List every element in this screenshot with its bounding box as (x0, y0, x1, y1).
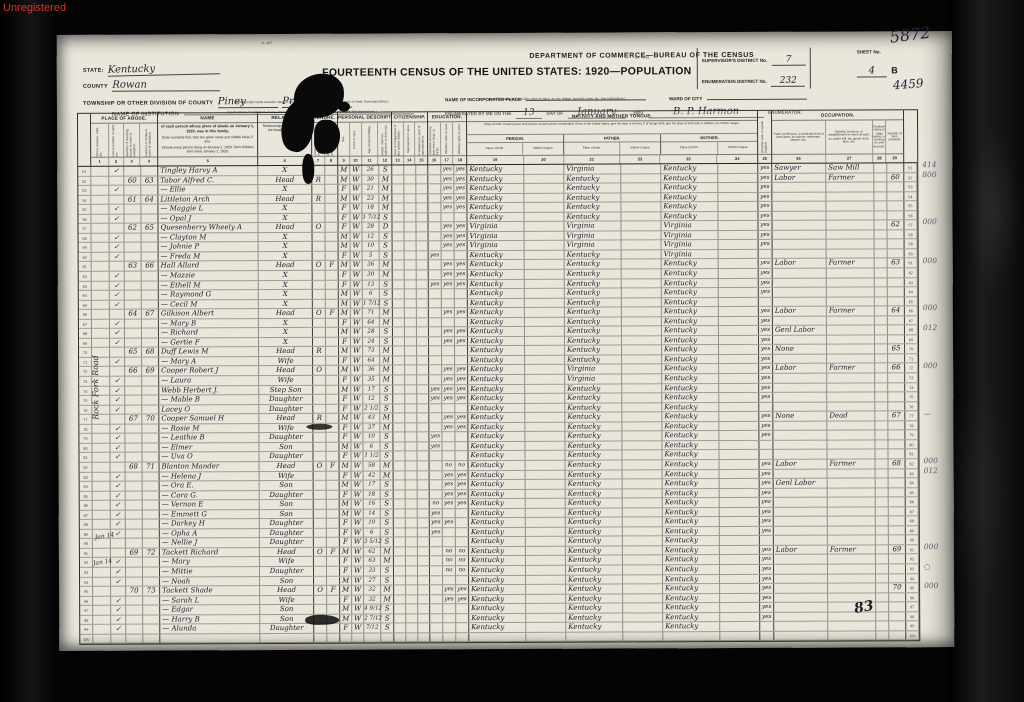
cell-name: — Cecil M (159, 300, 259, 309)
cell-age: 36 (363, 261, 380, 270)
cell-fs (889, 622, 906, 631)
cell-oc (773, 355, 827, 364)
cell-emp (874, 192, 887, 201)
cell-emp (876, 536, 889, 545)
cell-wr: yes (455, 327, 468, 336)
cell-fs (888, 440, 905, 449)
cell-c13 (393, 347, 405, 356)
cell-rn: 85 (906, 488, 919, 497)
cell-ln: 79 (79, 434, 92, 443)
cell-age: 35 (363, 376, 380, 385)
cell-fb: Kentucky (566, 546, 623, 555)
cell-c13 (394, 519, 406, 528)
cell-rd: yes (443, 499, 456, 508)
cell-c13 (394, 480, 406, 489)
header-group-speak-english: Whether able to speak English.25 (758, 111, 772, 163)
cell-fb: Kentucky (565, 308, 622, 317)
cell-fmt (623, 565, 663, 574)
cell-ind (827, 278, 875, 287)
cell-fm (326, 252, 339, 261)
cell-pob: Kentucky (469, 509, 526, 518)
header-group-name: NAMEof each person whose place of abode … (158, 113, 258, 165)
cell-emp (875, 392, 888, 401)
cell-ln: 89 (80, 530, 93, 539)
cell-fb: Kentucky (565, 336, 622, 345)
cell-mmt (719, 422, 759, 431)
cell-tick: ✓ (110, 339, 125, 348)
cell-fam (143, 472, 160, 481)
cell-wr: yes (455, 242, 468, 251)
state-label: STATE: (83, 68, 104, 74)
cell-st (92, 424, 110, 433)
cell-mmt (718, 221, 758, 230)
cell-rd: yes (443, 471, 456, 480)
cell-en: yes (759, 307, 773, 316)
cell-fam (143, 491, 160, 500)
cell-fs: 66 (888, 364, 905, 373)
county-label: COUNTY (83, 84, 108, 90)
cell-rd: yes (442, 232, 455, 241)
cell-ln: 65 (79, 300, 92, 309)
cell-wr: yes (455, 232, 468, 241)
cell-pob: Kentucky (468, 260, 525, 269)
cell-age: 2 1/2 (363, 404, 380, 413)
cell-c14 (405, 452, 417, 461)
cell-rel: Son (260, 500, 314, 509)
cell-sch (430, 490, 443, 499)
cell-sex: M (339, 347, 351, 356)
cell-fam: 71 (143, 462, 160, 471)
cell-mar: M (381, 471, 394, 480)
table-body: 51✓Tingley Harvy AXMW26SyesyesKentuckyVi… (78, 163, 919, 644)
cell-en: yes (759, 288, 773, 297)
cell-fam (143, 577, 160, 586)
cell-rel: Head (258, 194, 312, 203)
cell-c14 (406, 624, 418, 633)
cell-emp (875, 402, 888, 411)
cell-en: yes (760, 613, 774, 622)
cell-mmt (719, 412, 759, 421)
column-number: 20 (524, 156, 564, 164)
cell-sex: F (340, 490, 352, 499)
cell-fmt (622, 269, 662, 278)
cell-age: 24 (363, 337, 380, 346)
cell-fam (142, 377, 159, 386)
cell-ten (314, 634, 327, 643)
cell-fmt (623, 623, 663, 632)
personal-description-label: Age at last birthday. (368, 125, 372, 153)
cell-emp (876, 517, 889, 526)
cell-en: yes (759, 364, 773, 373)
cell-age: 13 (363, 280, 380, 289)
cell-mt (525, 337, 565, 346)
cell-emp (875, 440, 888, 449)
cell-ten (313, 376, 326, 385)
cell-tick: ✓ (109, 214, 124, 223)
cell-co: W (352, 576, 364, 585)
cell-sex: M (340, 481, 352, 490)
cell-dw (126, 615, 143, 624)
cell-mb: Kentucky (662, 288, 719, 297)
cell-pob: Kentucky (469, 528, 526, 537)
cell-name: — Edgar (160, 605, 260, 614)
cell-ind (826, 211, 874, 220)
cell-sex: M (339, 309, 351, 318)
cell-fam: 69 (142, 367, 159, 376)
cell-en: yes (760, 517, 774, 526)
cell-fam: 65 (141, 224, 158, 233)
cell-st (91, 176, 109, 185)
cell-mar: M (380, 414, 393, 423)
cell-name: — Laura (159, 376, 259, 385)
cell-rd: yes (442, 366, 455, 375)
cell-mmt (719, 450, 759, 459)
cell-ind: Dead (827, 412, 875, 421)
cell-rd: yes (442, 242, 455, 251)
cell-mar: M (381, 595, 394, 604)
mt-label: Mother tongue. (727, 146, 749, 149)
cell-age: 12 (363, 395, 380, 404)
cell-tick (111, 634, 126, 643)
cell-co: W (351, 328, 363, 337)
cell-c13 (393, 414, 405, 423)
cell-ten (312, 204, 325, 213)
cell-c15 (417, 433, 429, 442)
cell-fm (326, 376, 339, 385)
citizenship-label: Year of immigration to the United States… (394, 122, 401, 155)
cell-mar: S (381, 538, 394, 547)
cell-mt (525, 356, 565, 365)
cell-c15 (417, 366, 429, 375)
citizenship-title: CITIZENSHIP. (392, 112, 427, 122)
cell-mb: Kentucky (663, 584, 720, 593)
cell-en: yes (759, 326, 773, 335)
cell-rd (443, 528, 456, 537)
cell-name: Cooper Robert J (159, 367, 259, 376)
cell-mb: Kentucky (662, 307, 719, 316)
cell-emp (875, 450, 888, 459)
cell-dw (125, 253, 142, 262)
cell-mt (526, 489, 566, 498)
cell-sch (428, 203, 441, 212)
name-desc-1: of each person whose place of abode on J… (158, 123, 257, 135)
cell-mb: Kentucky (663, 527, 720, 536)
cell-name: — Elmer (159, 443, 259, 452)
cell-c14 (406, 480, 418, 489)
header-group-line-number-spacer-left (78, 114, 91, 166)
scan-right-border (948, 0, 1024, 702)
cell-co: W (351, 404, 363, 413)
cell-mb: Kentucky (663, 498, 720, 507)
cell-dw: 68 (126, 463, 143, 472)
cell-mt (524, 165, 564, 174)
cell-dw (125, 405, 142, 414)
cell-pob: Virginia (467, 222, 524, 231)
cell-c14 (404, 165, 416, 174)
cell-rel: X (259, 280, 313, 289)
cell-sch (430, 585, 443, 594)
person-mt-label-cell: Mother tongue. (524, 143, 564, 155)
cell-ten: R (313, 414, 326, 423)
cell-c14 (404, 213, 416, 222)
citizenship-label: If naturalized, year of naturalization. (418, 122, 425, 155)
cell-pob: Kentucky (468, 442, 525, 451)
cell-rd (442, 347, 455, 356)
cell-emp (876, 583, 889, 592)
cell-emp (875, 316, 888, 325)
cell-mmt (720, 546, 760, 555)
cell-fmt (622, 432, 662, 441)
cell-sex: M (340, 605, 352, 614)
cell-oc (773, 450, 827, 459)
cell-ind (827, 316, 875, 325)
cell-pob: Kentucky (467, 203, 524, 212)
cell-c13 (393, 299, 405, 308)
cell-co: W (351, 385, 363, 394)
cell-mb: Kentucky (661, 193, 718, 202)
cell-fb: Virginia (565, 365, 622, 374)
cell-ten (313, 404, 326, 413)
cell-oc (774, 593, 828, 602)
cell-wr: yes (456, 585, 469, 594)
cell-mt (526, 461, 566, 470)
cell-c15 (417, 289, 429, 298)
cell-fs (889, 564, 906, 573)
cell-mmt (720, 603, 760, 612)
cell-tick: ✓ (109, 167, 124, 176)
cell-emp (875, 354, 888, 363)
cell-fs: 70 (889, 583, 906, 592)
cell-mmt (719, 307, 759, 316)
cell-st (91, 195, 109, 204)
cell-mmt (720, 527, 760, 536)
cell-co: W (351, 252, 363, 261)
cell-fs (888, 450, 905, 459)
cell-pob: Kentucky (469, 518, 526, 527)
nativity-mother: MOTHER.Place of birth.Mother tongue. (661, 134, 758, 154)
cell-mt (525, 232, 565, 241)
header-group-occupation: OCCUPATION.Trade, profession, or particu… (772, 110, 904, 163)
cell-fam: 63 (141, 176, 158, 185)
cell-name: — Helena J (160, 472, 260, 481)
supervisor-value: 7 (772, 55, 806, 66)
cell-rel: Head (259, 347, 313, 356)
cell-dw: 70 (126, 587, 143, 596)
cell-fm (327, 595, 340, 604)
cell-ind (827, 373, 875, 382)
cell-mt (526, 537, 566, 546)
cell-en: yes (760, 508, 774, 517)
cell-age: 71 (363, 309, 380, 318)
place-of-abode-label: Number of family in order of visitation. (145, 124, 152, 157)
cell-c15 (416, 223, 428, 232)
cell-mmt (719, 288, 759, 297)
cell-fm: F (327, 462, 340, 471)
cell-en: yes (760, 584, 774, 593)
cell-mmt (719, 336, 759, 345)
cell-dw: 67 (125, 415, 142, 424)
column-number: 12 (378, 156, 391, 164)
cell-rd (442, 442, 455, 451)
cell-pob: Kentucky (469, 614, 526, 623)
cell-co (352, 633, 364, 642)
cell-fam (143, 596, 160, 605)
cell-wr (455, 452, 468, 461)
cell-mmt (719, 393, 759, 402)
cell-sch (429, 423, 442, 432)
cell-mb: Kentucky (661, 174, 718, 183)
cell-fm (326, 347, 339, 356)
cell-sch (429, 413, 442, 422)
cell-mb: Kentucky (663, 555, 720, 564)
cell-fmt (622, 365, 662, 374)
cell-mmt (720, 469, 760, 478)
cell-name (160, 634, 260, 643)
cell-en (760, 536, 774, 545)
cell-rel: X (259, 290, 313, 299)
cell-rel: X (259, 328, 313, 337)
cell-fmt (622, 308, 662, 317)
cell-age: 30 (362, 175, 379, 184)
cell-mt (525, 327, 565, 336)
margin-note: 000 (923, 361, 937, 370)
cell-fb (566, 632, 623, 641)
cell-sex: M (340, 500, 352, 509)
cell-wr: no (456, 547, 469, 556)
cell-ln: 53 (78, 186, 91, 195)
cell-sch (429, 299, 442, 308)
cell-fam (143, 539, 160, 548)
cell-c13 (392, 185, 404, 194)
cell-fm (326, 404, 339, 413)
cell-rn: 84 (906, 478, 919, 487)
cell-c14 (405, 395, 417, 404)
cell-co: W (352, 624, 364, 633)
cell-sch: yes (429, 442, 442, 451)
cell-fm (327, 519, 340, 528)
cell-ind: Farmer (827, 364, 875, 373)
column-number: 1 (91, 158, 109, 166)
cell-mb: Kentucky (663, 575, 720, 584)
cell-en: yes (759, 278, 773, 287)
cell-tick: ✓ (111, 625, 126, 634)
cell-age: 64 (363, 356, 380, 365)
header-group-nativity: NATIVITY AND MOTHER TONGUE.Place of birt… (467, 111, 758, 164)
cell-fmt (622, 346, 662, 355)
column-number: 5 (158, 157, 257, 165)
cell-dw: 63 (125, 262, 142, 271)
cell-fb: Kentucky (566, 489, 623, 498)
cell-emp (875, 345, 888, 354)
cell-ln: 99 (80, 625, 93, 634)
margin-note: 414 (922, 160, 936, 169)
cell-dw (126, 606, 143, 615)
cell-sch (429, 328, 442, 337)
cell-c15 (417, 328, 429, 337)
cell-fmt (622, 317, 662, 326)
cell-rd: yes (442, 394, 455, 403)
cell-fmt (623, 518, 663, 527)
cell-tick: ✓ (110, 377, 125, 386)
cell-age: 6 (363, 442, 380, 451)
cell-dw (124, 214, 141, 223)
cell-age: 43 (363, 414, 380, 423)
cell-fs (889, 507, 906, 516)
cell-name: — Noah (160, 577, 260, 586)
cell-fmt (623, 498, 663, 507)
sheet-scrawl-mid: 4459 (892, 76, 924, 92)
margin-note: 012 (923, 323, 937, 332)
cell-fmt (622, 279, 662, 288)
cell-pob: Virginia (468, 232, 525, 241)
cell-c15 (417, 318, 429, 327)
cell-wr: yes (456, 471, 469, 480)
cell-pob: Kentucky (467, 213, 524, 222)
cell-sex: M (340, 586, 352, 595)
cell-fb: Kentucky (566, 556, 623, 565)
cell-mt (524, 193, 564, 202)
mt-label: Mother tongue. (629, 147, 651, 150)
cell-rn: 96 (906, 593, 919, 602)
cell-fs (888, 421, 905, 430)
cell-mar: S (381, 566, 394, 575)
cell-age: 28 (363, 328, 380, 337)
cell-tick (110, 415, 125, 424)
cell-rn: 80 (905, 440, 918, 449)
cell-mt (525, 365, 565, 374)
cell-pob: Kentucky (467, 194, 524, 203)
cell-st (93, 510, 111, 519)
cell-ln: 64 (79, 291, 92, 300)
cell-mar: S (381, 624, 394, 633)
cell-ten (313, 242, 326, 251)
column-number: 13 (392, 156, 404, 164)
citizenship-label-cell: Naturalized or alien. (404, 122, 416, 155)
cell-emp (874, 221, 887, 230)
occupation-label-cell: Industry, business, or establishment in … (826, 120, 874, 153)
cell-ln: 85 (80, 491, 93, 500)
cell-mmt (719, 269, 759, 278)
cell-c13 (393, 385, 405, 394)
cell-mt (525, 413, 565, 422)
cell-name: — Maggie L (158, 204, 258, 213)
cell-fs (888, 297, 905, 306)
cell-rd (443, 623, 456, 632)
cell-mar: S (379, 165, 392, 174)
cell-ln: 98 (80, 616, 93, 625)
cell-ten (314, 595, 327, 604)
cell-ten: R (313, 347, 326, 356)
cell-tick (111, 587, 126, 596)
cell-fam (142, 300, 159, 309)
cell-rn: 98 (906, 612, 919, 621)
cell-fmt (622, 393, 662, 402)
cell-fm: F (326, 309, 339, 318)
cell-c14 (405, 404, 417, 413)
cell-wr: yes (455, 261, 468, 270)
cell-tick: ✓ (109, 186, 124, 195)
cell-mt (526, 528, 566, 537)
cell-fam (143, 567, 160, 576)
cell-rd (442, 251, 455, 260)
cell-pob: Kentucky (469, 461, 526, 470)
cell-ten (314, 481, 327, 490)
cell-c13 (394, 605, 406, 614)
cell-pob: Kentucky (468, 327, 525, 336)
cell-fs (889, 574, 906, 583)
cell-st (93, 472, 111, 481)
cell-fam (142, 357, 159, 366)
